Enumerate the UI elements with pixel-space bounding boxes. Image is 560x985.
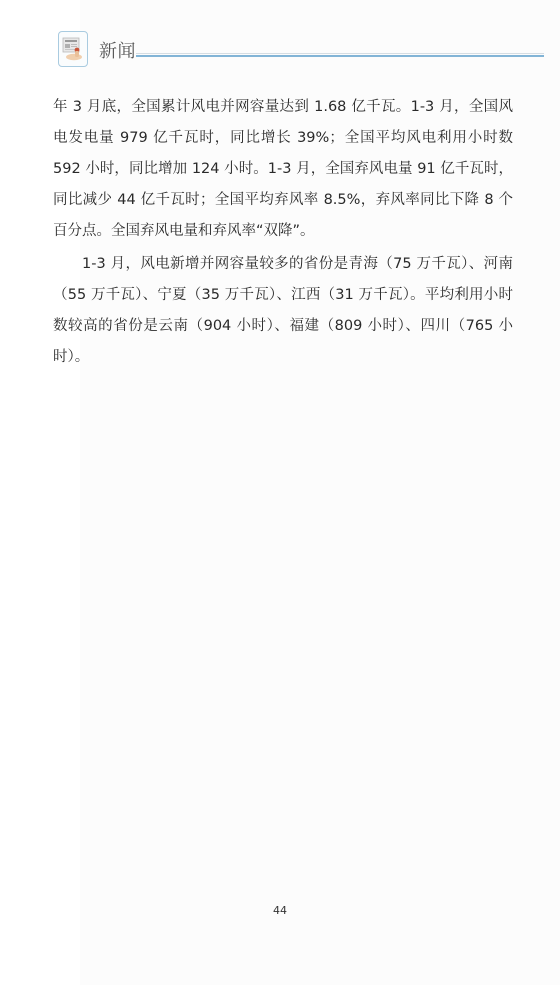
section-header: 新闻 [58,31,548,71]
article-body: 年 3 月底，全国累计风电并网容量达到 1.68 亿千瓦。1-3 月，全国风电发… [53,92,513,373]
paragraph-2: 1-3 月，风电新增并网容量较多的省份是青海（75 万千瓦）、河南（55 万千瓦… [53,249,513,373]
header-divider-thin [136,53,544,54]
header-divider-accent [136,55,544,57]
newspaper-glyph-icon [62,37,84,61]
page-number: 44 [0,904,560,917]
document-page: 新闻 年 3 月底，全国累计风电并网容量达到 1.68 亿千瓦。1-3 月，全国… [0,0,560,985]
section-title: 新闻 [99,37,136,63]
paragraph-1: 年 3 月底，全国累计风电并网容量达到 1.68 亿千瓦。1-3 月，全国风电发… [53,92,513,247]
header-divider [136,53,544,57]
newspaper-icon [58,31,88,67]
